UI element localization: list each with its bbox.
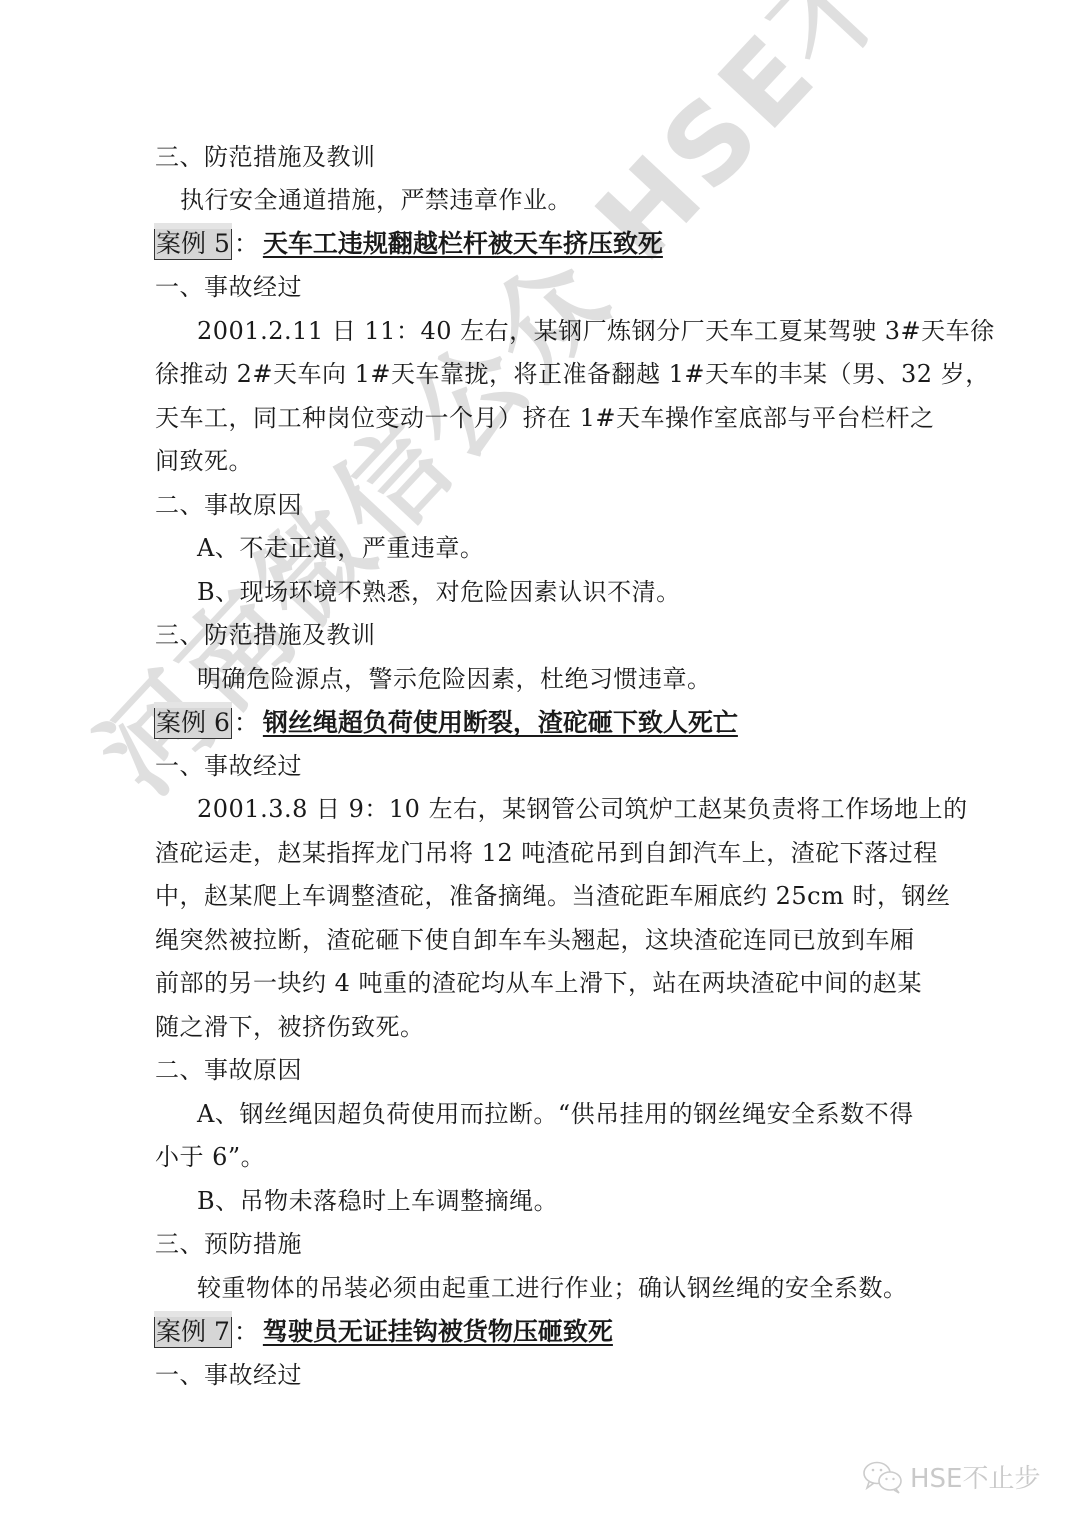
- list-item-continued: 小于 6”。: [155, 1142, 265, 1172]
- section-heading: 三、预防措施: [155, 1229, 302, 1259]
- case-colon: ：: [234, 708, 259, 737]
- section-text: 较重物体的吊装必须由起重工进行作业；确认钢丝绳的安全系数。: [197, 1273, 908, 1303]
- list-item: A、不走正道，严重违章。: [197, 533, 484, 563]
- list-item: B、吊物未落稳时上车调整摘绳。: [197, 1186, 558, 1216]
- section-heading: 三、防范措施及教训: [155, 142, 376, 172]
- case-title: 天车工违规翻越栏杆被天车挤压致死: [263, 229, 663, 258]
- section-text: 执行安全通道措施，严禁违章作业。: [180, 185, 572, 215]
- case-title: 驾驶员无证挂钩被货物压砸致死: [263, 1317, 613, 1346]
- paragraph-line: 绳突然被拉断，渣砣砸下使自卸车车头翘起，这块渣砣连同已放到车厢: [155, 925, 915, 955]
- brand-label: HSE不止步: [910, 1458, 1040, 1495]
- case-title: 钢丝绳超负荷使用断裂，渣砣砸下致人死亡: [263, 708, 738, 737]
- paragraph-line: 天车工，同工种岗位变动一个月）挤在 1#天车操作室底部与平台栏杆之: [155, 403, 935, 433]
- list-item: A、钢丝绳因超负荷使用而拉断。“供吊挂用的钢丝绳安全系数不得: [197, 1099, 914, 1129]
- case-heading-6: 案例 6：钢丝绳超负荷使用断裂，渣砣砸下致人死亡: [154, 707, 738, 739]
- wechat-icon: [862, 1460, 904, 1494]
- paragraph-line: 前部的另一块约 4 吨重的渣砣均从车上滑下，站在两块渣砣中间的赵某: [155, 968, 922, 998]
- case-heading-7: 案例 7：驾驶员无证挂钩被货物压砸致死: [154, 1316, 613, 1348]
- brand-signature: HSE不止步: [862, 1458, 1040, 1495]
- section-heading: 一、事故经过: [155, 1360, 302, 1390]
- paragraph-line: 随之滑下，被挤伤致死。: [155, 1012, 425, 1042]
- paragraph-line: 中，赵某爬上车调整渣砣，准备摘绳。当渣砣距车厢底约 25cm 时，钢丝: [155, 881, 951, 911]
- section-heading: 二、事故原因: [155, 490, 302, 520]
- document-page: 河南微信公众 HSE不止步 三、防范措施及教训 执行安全通道措施，严禁违章作业。…: [0, 0, 1080, 1527]
- case-label: 案例 5: [154, 228, 232, 260]
- section-heading: 二、事故原因: [155, 1055, 302, 1085]
- paragraph-line: 间致死。: [155, 446, 253, 476]
- case-label: 案例 7: [154, 1316, 232, 1348]
- case-label: 案例 6: [154, 707, 232, 739]
- paragraph-line: 2001.3.8 日 9：10 左右，某钢管公司筑炉工赵某负责将工作场地上的: [197, 794, 968, 824]
- section-heading: 三、防范措施及教训: [155, 620, 376, 650]
- case-colon: ：: [234, 1317, 259, 1346]
- paragraph-line: 2001.2.11 日 11：40 左右，某钢厂炼钢分厂天车工夏某驾驶 3#天车…: [197, 316, 995, 346]
- case-colon: ：: [234, 229, 259, 258]
- paragraph-line: 渣砣运走，赵某指挥龙门吊将 12 吨渣砣吊到自卸汽车上，渣砣下落过程: [155, 838, 938, 868]
- list-item: B、现场环境不熟悉，对危险因素认识不清。: [197, 577, 681, 607]
- section-text: 明确危险源点，警示危险因素，杜绝习惯违章。: [197, 664, 712, 694]
- section-heading: 一、事故经过: [155, 272, 302, 302]
- section-heading: 一、事故经过: [155, 751, 302, 781]
- case-heading-5: 案例 5：天车工违规翻越栏杆被天车挤压致死: [154, 228, 663, 260]
- paragraph-line: 徐推动 2#天车向 1#天车靠拢，将正准备翻越 1#天车的丰某（男、32 岁，: [155, 359, 990, 389]
